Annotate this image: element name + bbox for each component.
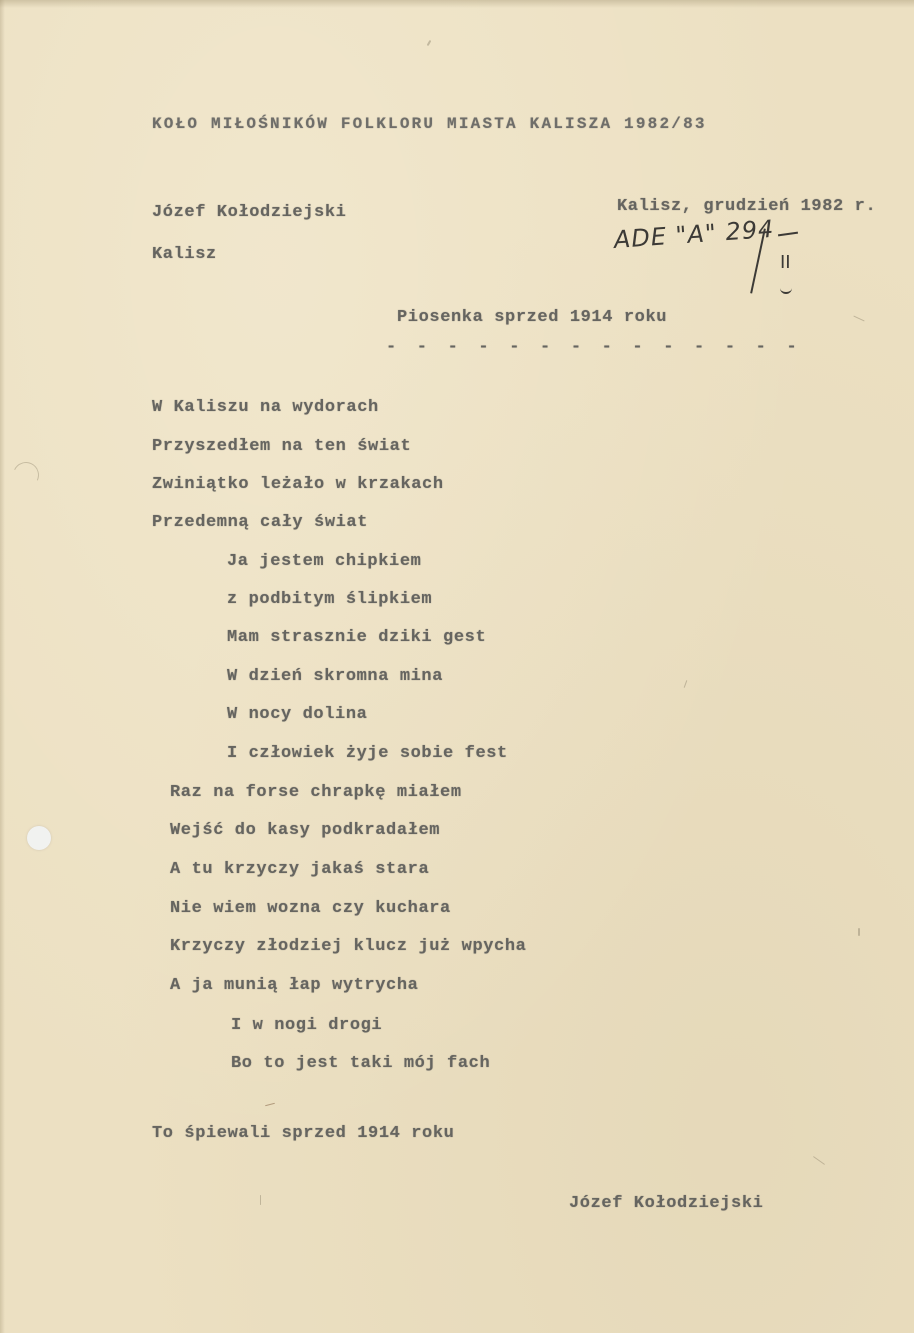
song-line: Zwiniątko leżało w krzakach (152, 476, 444, 493)
closing-note: To śpiewali sprzed 1914 roku (152, 1125, 454, 1142)
archive-fraction-bar (778, 232, 798, 237)
paper-speck (260, 1195, 261, 1205)
page-top-edge-shadow (0, 0, 914, 8)
archive-signature: ADE "A" 294 (613, 215, 775, 254)
song-line: Przyszedłem na ten świat (152, 438, 411, 455)
song-title: Piosenka sprzed 1914 roku (397, 309, 667, 326)
document-header: KOŁO MIŁOŚNIKÓW FOLKLORU MIASTA KALISZA … (152, 116, 707, 132)
paper-speck (853, 316, 864, 322)
song-line: Krzyczy złodziej klucz już wpycha (170, 938, 526, 955)
paper-speck (265, 1103, 275, 1107)
song-line: Mam strasznie dziki gest (227, 629, 486, 646)
song-line: W Kaliszu na wydorach (152, 399, 379, 416)
author-name: Józef Kołodziejski (152, 204, 346, 221)
song-line: W dzień skromna mina (227, 668, 443, 685)
signature: Józef Kołodziejski (569, 1195, 763, 1212)
punch-hole (27, 826, 51, 850)
place-date: Kalisz, grudzień 1982 r. (617, 198, 876, 215)
archive-fraction-mark (780, 286, 792, 294)
document-page: KOŁO MIŁOŚNIKÓW FOLKLORU MIASTA KALISZA … (0, 0, 914, 1333)
stain-ring (9, 458, 42, 491)
paper-speck (858, 928, 860, 936)
song-line: Raz na forse chrapkę miałem (170, 784, 462, 801)
paper-speck (684, 680, 688, 688)
song-line: W nocy dolina (227, 706, 367, 723)
song-line: I w nogi drogi (231, 1017, 382, 1034)
song-line: Bo to jest taki mój fach (231, 1055, 490, 1072)
song-line: Nie wiem wozna czy kuchara (170, 900, 451, 917)
song-title-underline: - - - - - - - - - - - - - - (386, 339, 802, 356)
song-line: A tu krzyczy jakaś stara (170, 861, 429, 878)
author-city: Kalisz (152, 246, 217, 263)
song-line: A ja munią łap wytrycha (170, 977, 418, 994)
paper-speck (813, 1156, 825, 1165)
song-line: Wejść do kasy podkradałem (170, 822, 440, 839)
song-line: Przedemną cały świat (152, 514, 368, 531)
song-line: z podbitym ślipkiem (227, 591, 432, 608)
song-line: Ja jestem chipkiem (227, 553, 421, 570)
paper-speck (427, 40, 432, 46)
song-line: I człowiek żyje sobie fest (227, 745, 508, 762)
page-left-edge-shadow (0, 0, 5, 1333)
archive-fraction: II (780, 252, 791, 273)
